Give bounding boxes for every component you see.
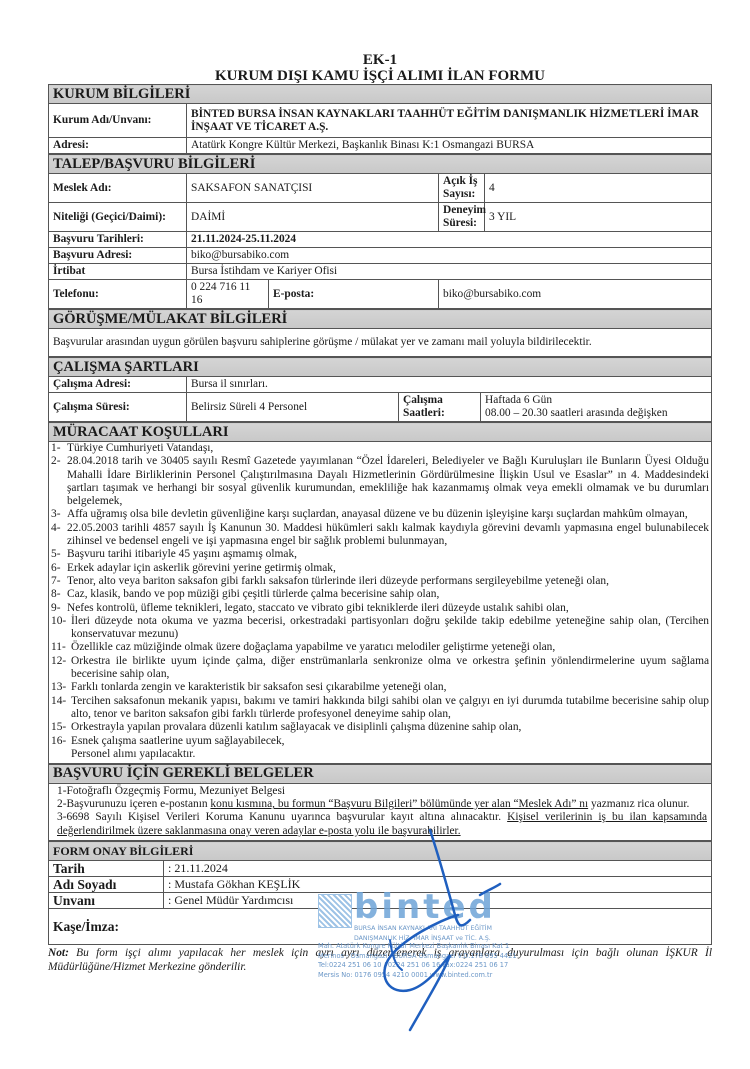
muracaat-item: 9-Nefes kontrolü, üfleme teknikleri, leg… [51, 602, 709, 615]
calisma-saat-line1: Haftada 6 Gün [485, 394, 707, 407]
talep-table: TALEP/BAŞVURU BİLGİLERİ Meslek Adı: SAKS… [48, 154, 712, 309]
onay-unvan-value: : Genel Müdür Yardımcısı [164, 893, 712, 909]
muracaat-item: 10-İleri düzeyde nota okuma ve yazma bec… [51, 615, 709, 642]
acik-is-label: Açık İş Sayısı: [439, 174, 485, 203]
muracaat-item: 5-Başvuru tarihi itibariyle 45 yaşını aş… [51, 548, 709, 561]
note-text: Bu form işçi alımı yapılacak her meslek … [48, 947, 712, 973]
muracaat-item: 11-Özellikle caz müziğinde olmak üzere d… [51, 641, 709, 654]
muracaat-list: 1-Türkiye Cumhuriyeti Vatandaşı,2-28.04.… [51, 442, 709, 748]
section-talep: TALEP/BAŞVURU BİLGİLERİ [49, 155, 712, 174]
belge-item: 3-6698 Sayılı Kişisel Verileri Koruma Ka… [57, 811, 707, 838]
onay-ad-value: : Mustafa Gökhan KEŞLİK [164, 877, 712, 893]
muracaat-item: 7-Tenor, alto veya bariton saksafon gibi… [51, 575, 709, 588]
muracaat-item: 1-Türkiye Cumhuriyeti Vatandaşı, [51, 442, 709, 455]
calisma-saat-label: Çalışma Saatleri: [399, 393, 481, 422]
gorusme-table: GÖRÜŞME/MÜLAKAT BİLGİLERİ Başvurular ara… [48, 309, 712, 357]
deneyim-label: Deneyim Süresi: [439, 203, 485, 232]
irtibat-value: Bursa İstihdam ve Kariyer Ofisi [187, 264, 712, 280]
section-belgeler: BAŞVURU İÇİN GEREKLİ BELGELER [49, 764, 712, 783]
telefon-label: Telefonu: [49, 280, 187, 309]
muracaat-closing: Personel alımı yapılacaktır. [51, 748, 709, 761]
muracaat-item: 14-Tercihen saksafonun mekanik yapısı, b… [51, 695, 709, 722]
section-calisma: ÇALIŞMA ŞARTLARI [49, 358, 712, 377]
belgeler-table: BAŞVURU İÇİN GEREKLİ BELGELER 1-Fotoğraf… [48, 764, 712, 841]
muracaat-item: 12-Orkestra ile birlikte uyum içinde çal… [51, 655, 709, 682]
section-kurum: KURUM BİLGİLERİ [49, 85, 712, 104]
gorusme-text: Başvurular arasından uygun görülen başvu… [49, 329, 712, 357]
onay-kase-label: Kaşe/İmza: [49, 909, 712, 945]
calisma-saat-line2: 08.00 – 20.30 saatleri arasında değişken [485, 407, 707, 420]
muracaat-item: 15-Orkestrayla yapılan provalara düzenli… [51, 721, 709, 734]
calisma-adres-label: Çalışma Adresi: [49, 377, 187, 393]
meslek-value: SAKSAFON SANATÇISI [187, 174, 439, 203]
calisma-table: ÇALIŞMA ŞARTLARI Çalışma Adresi: Bursa i… [48, 357, 712, 422]
nitelik-value: DAİMİ [187, 203, 439, 232]
basvuru-tarih-value: 21.11.2024-25.11.2024 [187, 232, 712, 248]
nitelik-label: Niteliği (Geçici/Daimi): [49, 203, 187, 232]
muracaat-item: 4-22.05.2003 tarihli 4857 sayılı İş Kanu… [51, 522, 709, 549]
muracaat-item: 3-Affa uğramış olsa bile devletin güvenl… [51, 508, 709, 521]
meslek-label: Meslek Adı: [49, 174, 187, 203]
onay-table: FORM ONAY BİLGİLERİ Tarih : 21.11.2024 A… [48, 841, 712, 945]
calisma-sure-label: Çalışma Süresi: [49, 393, 187, 422]
calisma-adres-value: Bursa il sınırları. [187, 377, 712, 393]
telefon-value: 0 224 716 11 16 [187, 280, 269, 309]
kurum-table: KURUM BİLGİLERİ Kurum Adı/Unvanı: BİNTED… [48, 84, 712, 154]
basvuru-adres-value[interactable]: biko@bursabiko.com [187, 248, 712, 264]
basvuru-adres-label: Başvuru Adresi: [49, 248, 187, 264]
onay-unvan-label: Unvanı [49, 893, 164, 909]
eposta-label: E-posta: [269, 280, 439, 309]
onay-tarih-label: Tarih [49, 861, 164, 877]
belge-item: 2-Başvurunuzu içeren e-postanın konu kıs… [57, 798, 707, 811]
section-onay: FORM ONAY BİLGİLERİ [49, 842, 712, 861]
form-page: EK-1 KURUM DIŞI KAMU İŞÇİ ALIMI İLAN FOR… [48, 0, 712, 974]
muracaat-item: 8-Caz, klasik, bando ve pop müziği gibi … [51, 588, 709, 601]
onay-tarih-value: : 21.11.2024 [164, 861, 712, 877]
calisma-saat-value: Haftada 6 Gün 08.00 – 20.30 saatleri ara… [481, 393, 712, 422]
kurum-address-value: Atatürk Kongre Kültür Merkezi, Başkanlık… [187, 138, 712, 154]
kurum-name-value: BİNTED BURSA İNSAN KAYNAKLARI TAAHHÜT EĞ… [187, 104, 712, 138]
acik-is-value: 4 [485, 174, 712, 203]
footer-note: Not: Bu form işçi alımı yapılacak her me… [48, 947, 712, 974]
onay-ad-label: Adı Soyadı [49, 877, 164, 893]
muracaat-item: 13-Farklı tonlarda zengin ve karakterist… [51, 681, 709, 694]
muracaat-table: MÜRACAAT KOŞULLARI 1-Türkiye Cumhuriyeti… [48, 422, 712, 764]
muracaat-item: 6-Erkek adaylar için askerlik görevini y… [51, 562, 709, 575]
annex-label: EK-1 [48, 52, 712, 68]
eposta-value[interactable]: biko@bursabiko.com [439, 280, 712, 309]
basvuru-tarih-label: Başvuru Tarihleri: [49, 232, 187, 248]
kurum-address-label: Adresi: [49, 138, 187, 154]
section-muracaat: MÜRACAAT KOŞULLARI [49, 423, 712, 442]
calisma-sure-value: Belirsiz Süreli 4 Personel [187, 393, 399, 422]
deneyim-value: 3 YIL [485, 203, 712, 232]
muracaat-item: 16-Esnek çalışma saatlerine uyum sağlaya… [51, 735, 709, 748]
note-label: Not: [48, 947, 69, 959]
section-gorusme: GÖRÜŞME/MÜLAKAT BİLGİLERİ [49, 310, 712, 329]
form-title: KURUM DIŞI KAMU İŞÇİ ALIMI İLAN FORMU [48, 68, 712, 84]
kurum-name-label: Kurum Adı/Unvanı: [49, 104, 187, 138]
irtibat-label: İrtibat [49, 264, 187, 280]
belge-item: 1-Fotoğraflı Özgeçmiş Formu, Mezuniyet B… [57, 785, 707, 798]
muracaat-item: 2-28.04.2018 tarih ve 30405 sayılı Resmî… [51, 455, 709, 508]
